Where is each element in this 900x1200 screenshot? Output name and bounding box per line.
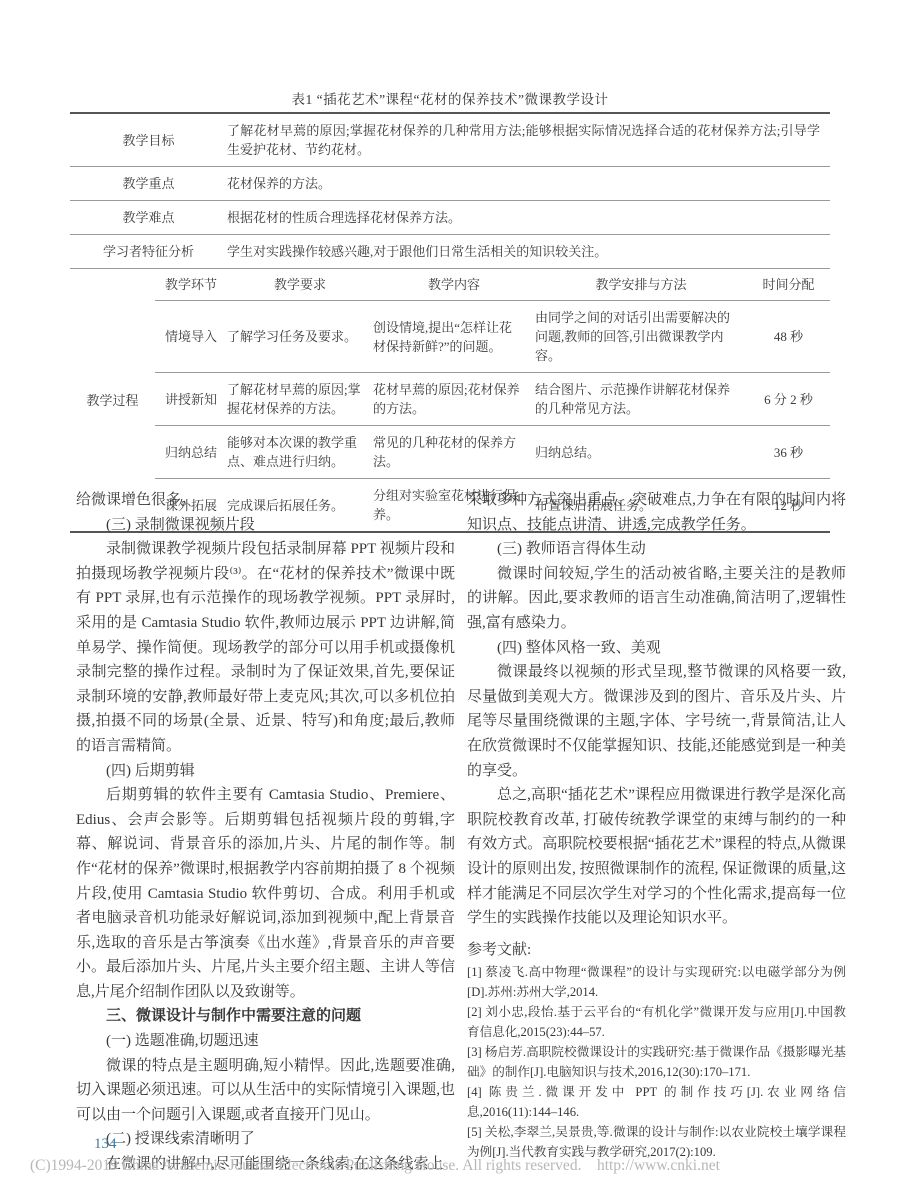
cell-content: 常见的几种花材的保养方法。 (373, 426, 535, 478)
table-row: 教学目标 了解花材早蔫的原因;掌握花材保养的几种常用方法;能够根据实际情况选择合… (70, 114, 830, 167)
cell-content: 创设情境,提出“怎样让花材保持新鲜?”的问题。 (373, 301, 535, 372)
subsection-heading: (一) 选题准确,切题迅速 (76, 1029, 455, 1054)
paragraph: 微课时间较短,学生的活动被省略,主要关注的是教师的讲解。因此,要求教师的语言生动… (467, 562, 846, 636)
copyright-line: (C)1994-2019 China Academic Journal Elec… (30, 1157, 870, 1175)
row-label: 教学目标 (70, 114, 227, 166)
section-heading: 三、微课设计与制作中需要注意的问题 (76, 1004, 455, 1029)
paragraph: 采取多种方式突出重点、突破难点,力争在有限的时间内将知识点、技能点讲清、讲透,完… (467, 488, 846, 537)
col-header: 教学内容 (373, 269, 535, 300)
cell-time: 36 秒 (747, 426, 830, 478)
table-row: 教学难点 根据花材的性质合理选择花材保养方法。 (70, 201, 830, 235)
article-body: 给微课增色很多。 (三) 录制微课视频片段 录制微课教学视频片段包括录制屏幕 P… (76, 488, 846, 1177)
references-list: [1] 蔡凌飞.高中物理“微课程”的设计与实现研究:以电磁学部分为例[D].苏州… (467, 962, 846, 1162)
row-label: 学习者特征分析 (70, 235, 227, 268)
cell-method: 由同学之间的对话引出需要解决的问题,教师的回答,引出微课教学内容。 (535, 301, 747, 372)
left-column: 给微课增色很多。 (三) 录制微课视频片段 录制微课教学视频片段包括录制屏幕 P… (76, 488, 455, 1177)
subsection-heading: (二) 授课线索清晰明了 (76, 1127, 455, 1152)
cell-requirement: 了解学习任务及要求。 (227, 301, 373, 372)
process-header-row: 教学环节 教学要求 教学内容 教学安排与方法 时间分配 (155, 269, 830, 301)
cell-content: 花材早蔫的原因;花材保养的方法。 (373, 373, 535, 425)
process-row: 情境导入 了解学习任务及要求。 创设情境,提出“怎样让花材保持新鲜?”的问题。 … (155, 301, 830, 373)
paragraph: 微课最终以视频的形式呈现,整节微课的风格要一致,尽量做到美观大方。微课涉及到的图… (467, 660, 846, 783)
cell-stage: 讲授新知 (155, 373, 227, 425)
cell-method: 结合图片、示范操作讲解花材保养的几种常见方法。 (535, 373, 747, 425)
paragraph: 后期剪辑的软件主要有 Camtasia Studio、Premiere、Ediu… (76, 783, 455, 1004)
reference-item: [3] 杨启芳.高职院校微课设计的实践研究:基于微课作品《摄影曝光基础》的制作[… (467, 1042, 846, 1082)
reference-item: [1] 蔡凌飞.高中物理“微课程”的设计与实现研究:以电磁学部分为例[D].苏州… (467, 962, 846, 1002)
table-row: 教学重点 花材保养的方法。 (70, 167, 830, 201)
col-header: 教学环节 (155, 269, 227, 300)
row-content: 花材保养的方法。 (227, 167, 830, 200)
process-row: 讲授新知 了解花材早蔫的原因;掌握花材保养的方法。 花材早蔫的原因;花材保养的方… (155, 373, 830, 426)
table-caption: 表1 “插花艺术”课程“花材的保养技术”微课教学设计 (70, 88, 830, 108)
right-column: 采取多种方式突出重点、突破难点,力争在有限的时间内将知识点、技能点讲清、讲透,完… (467, 488, 846, 1177)
subsection-heading: (四) 整体风格一致、美观 (467, 636, 846, 661)
paragraph: 总之,高职“插花艺术”课程应用微课进行教学是深化高职院校教育改革, 打破传统教学… (467, 783, 846, 931)
cell-time: 48 秒 (747, 301, 830, 372)
row-content: 了解花材早蔫的原因;掌握花材保养的几种常用方法;能够根据实际情况选择合适的花材保… (227, 114, 830, 166)
cell-stage: 归纳总结 (155, 426, 227, 478)
col-header: 教学要求 (227, 269, 373, 300)
paragraph: 录制微课教学视频片段包括录制屏幕 PPT 视频片段和拍摄现场教学视频片段⁽³⁾。… (76, 537, 455, 758)
col-header: 时间分配 (747, 269, 830, 300)
row-content: 根据花材的性质合理选择花材保养方法。 (227, 201, 830, 234)
page-number: 134 (94, 1136, 117, 1153)
teaching-design-table: 教学目标 了解花材早蔫的原因;掌握花材保养的几种常用方法;能够根据实际情况选择合… (70, 112, 830, 533)
cell-requirement: 了解花材早蔫的原因;掌握花材保养的方法。 (227, 373, 373, 425)
subsection-heading: (三) 录制微课视频片段 (76, 513, 455, 538)
cell-method: 归纳总结。 (535, 426, 747, 478)
cell-time: 6 分 2 秒 (747, 373, 830, 425)
subsection-heading: (三) 教师语言得体生动 (467, 537, 846, 562)
row-label: 教学重点 (70, 167, 227, 200)
reference-item: [4] 陈贵兰.微课开发中 PPT 的制作技巧[J].农业网络信息,2016(1… (467, 1082, 846, 1122)
cell-requirement: 能够对本次课的教学重点、难点进行归纳。 (227, 426, 373, 478)
col-header: 教学安排与方法 (535, 269, 747, 300)
cell-stage: 情境导入 (155, 301, 227, 372)
references-heading: 参考文献: (467, 938, 846, 963)
row-content: 学生对实践操作较感兴趣,对于跟他们日常生活相关的知识较关注。 (227, 235, 830, 268)
paragraph: 给微课增色很多。 (76, 488, 455, 513)
subsection-heading: (四) 后期剪辑 (76, 759, 455, 784)
reference-item: [2] 刘小忠,段怡.基于云平台的“有机化学”微课开发与应用[J].中国教育信息… (467, 1002, 846, 1042)
row-label: 教学难点 (70, 201, 227, 234)
table-row: 学习者特征分析 学生对实践操作较感兴趣,对于跟他们日常生活相关的知识较关注。 (70, 235, 830, 269)
process-row: 归纳总结 能够对本次课的教学重点、难点进行归纳。 常见的几种花材的保养方法。 归… (155, 426, 830, 479)
paragraph: 微课的特点是主题明确,短小精悍。因此,选题要准确,切入课题必须迅速。可以从生活中… (76, 1054, 455, 1128)
